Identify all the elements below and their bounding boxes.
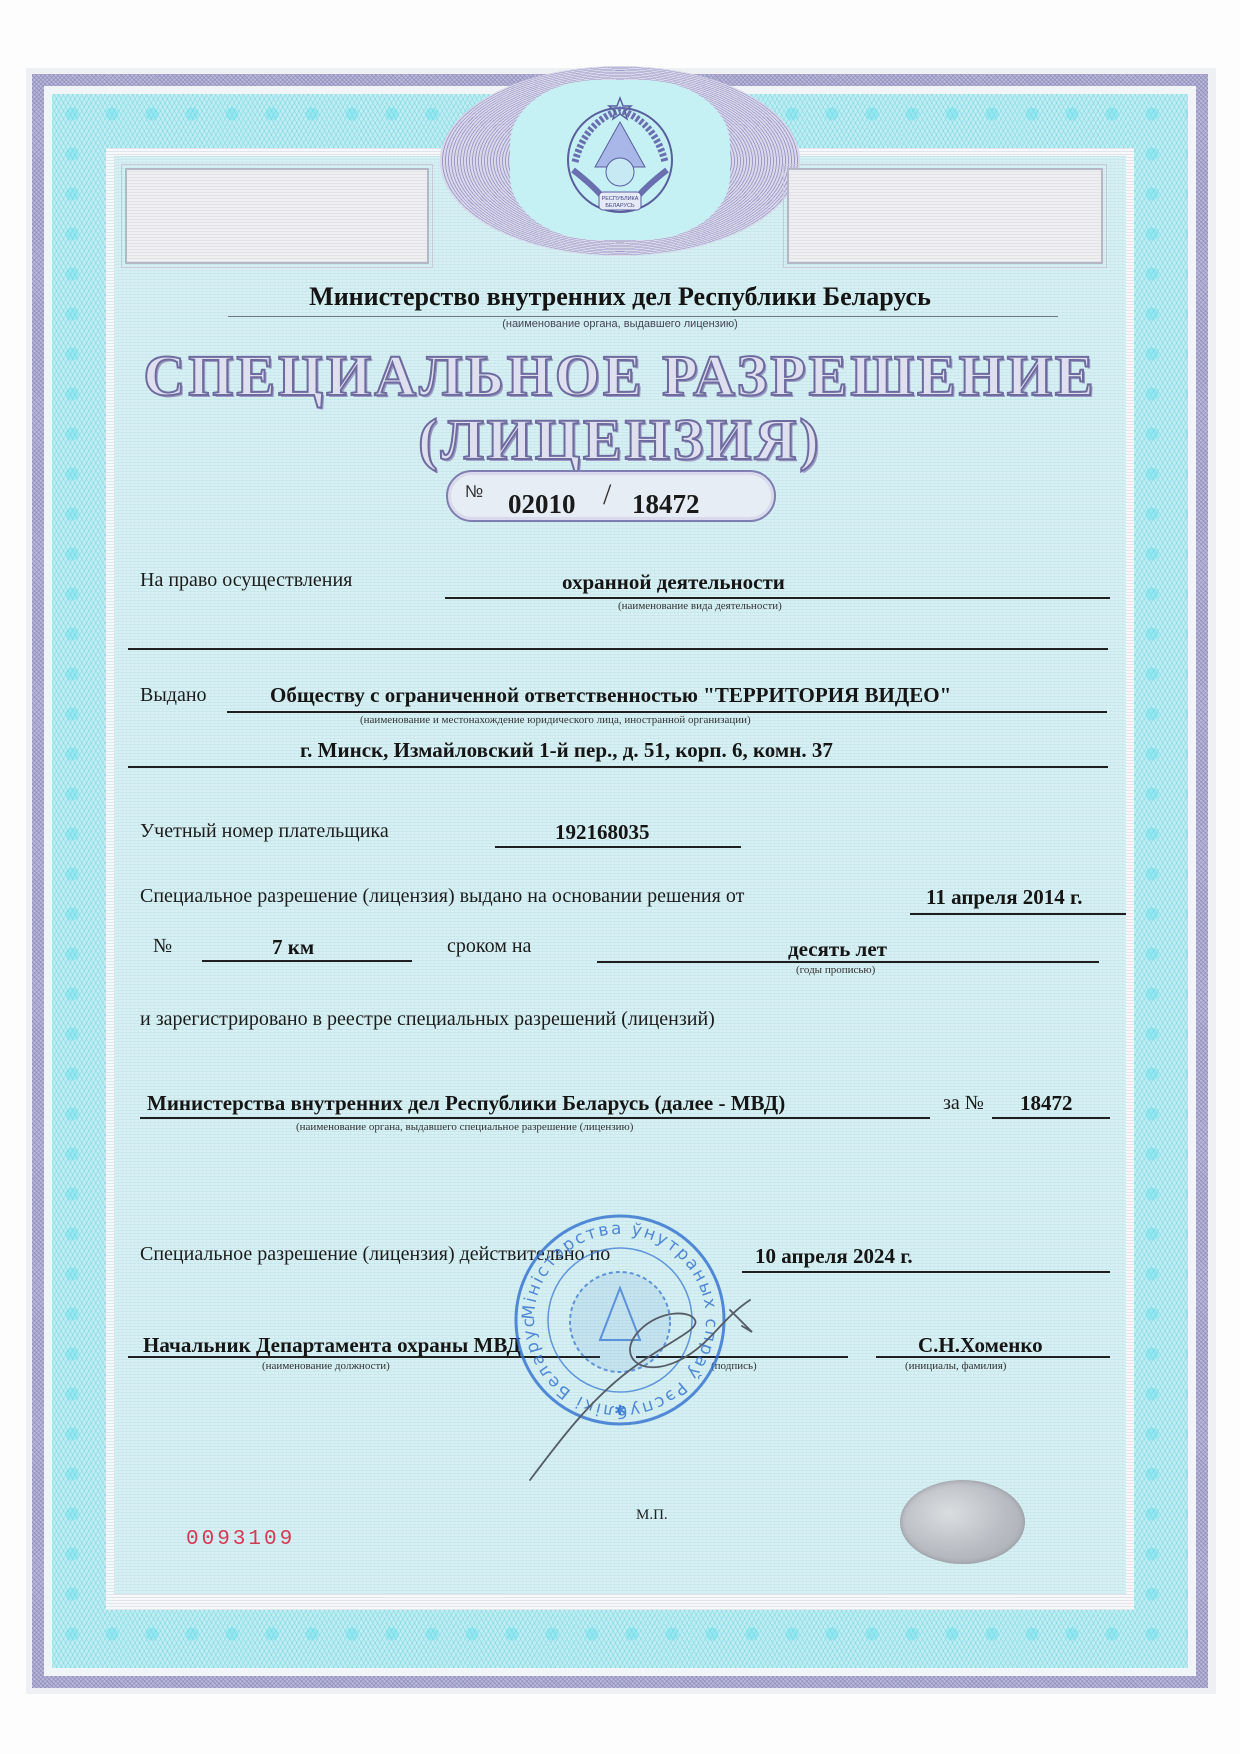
document-title: СПЕЦИАЛЬНОЕ РАЗРЕШЕНИЕ [0, 342, 1240, 409]
issuing-authority: Министерство внутренних дел Республики Б… [0, 282, 1240, 312]
signatory-name: С.Н.Хоменко [918, 1333, 1043, 1358]
number-sign: № [465, 482, 483, 502]
taxpayer-number: 192168035 [555, 820, 650, 845]
activity-value: охранной деятельности [562, 570, 785, 595]
signatory-position: Начальник Департамента охраны МВД [143, 1333, 521, 1358]
registry-number-underline [992, 1117, 1110, 1119]
position-hint: (наименование должности) [262, 1360, 390, 1372]
state-emblem-icon: РЕСПУБЛИКА БЕЛАРУСЬ [555, 92, 685, 222]
decision-date-underline [910, 913, 1126, 915]
decision-label: Специальное разрешение (лицензия) выдано… [140, 885, 744, 908]
issuer-hint: (наименование органа, выдавшего лицензию… [0, 318, 1240, 330]
term-hint: (годы прописью) [796, 964, 875, 976]
hologram-sticker [900, 1480, 1025, 1564]
registry-number-label: за № [943, 1092, 984, 1115]
activity-label: На право осуществления [140, 569, 352, 592]
license-number-part1: 02010 [508, 489, 576, 520]
activity-hint: (наименование вида деятельности) [618, 600, 782, 612]
name-hint: (инициалы, фамилия) [905, 1360, 1006, 1372]
issued-to-hint: (наименование и местонахождение юридичес… [360, 714, 751, 726]
issued-to-label: Выдано [140, 684, 207, 707]
registry-text: и зарегистрировано в реестре специальных… [140, 1008, 715, 1031]
svg-text:БЕЛАРУСЬ: БЕЛАРУСЬ [605, 203, 635, 209]
activity-underline [445, 597, 1110, 599]
svg-text:РЕСПУБЛИКА: РЕСПУБЛИКА [602, 196, 639, 202]
decision-number: 7 км [272, 935, 314, 960]
decision-date: 11 апреля 2014 г. [926, 885, 1082, 910]
name-underline [876, 1356, 1110, 1358]
term-value: десять лет [788, 937, 887, 962]
registry-body-underline [140, 1117, 930, 1119]
license-number-part2: 18472 [632, 489, 700, 520]
blank-box-left [125, 168, 429, 264]
taxpayer-underline [495, 846, 741, 848]
seal-place-label: М.П. [636, 1507, 668, 1524]
issued-to-address: г. Минск, Измайловский 1-й пер., д. 51, … [300, 738, 833, 763]
issued-to-underline [227, 711, 1107, 713]
activity-second-line [128, 648, 1108, 650]
license-number-separator: / [603, 478, 611, 512]
registry-number: 18472 [1020, 1091, 1073, 1116]
validity-date: 10 апреля 2024 г. [755, 1244, 913, 1269]
validity-underline [742, 1271, 1110, 1273]
registry-body-hint: (наименование органа, выдавшего специаль… [296, 1121, 633, 1133]
document-subtitle: (ЛИЦЕНЗИЯ) [0, 406, 1240, 473]
term-label: сроком на [447, 935, 531, 958]
term-underline [597, 961, 1099, 963]
address-underline [128, 766, 1108, 768]
decision-number-underline [202, 960, 412, 962]
blank-box-right [787, 168, 1103, 264]
decision-number-label: № [153, 935, 172, 958]
serial-number: 0093109 [186, 1528, 295, 1551]
issued-to-value: Обществу с ограниченной ответственностью… [270, 683, 951, 708]
taxpayer-label: Учетный номер плательщика [140, 820, 389, 843]
issuer-underline [228, 316, 1058, 317]
registry-body: Министерства внутренних дел Республики Б… [147, 1091, 785, 1116]
handwritten-signature [520, 1290, 780, 1490]
